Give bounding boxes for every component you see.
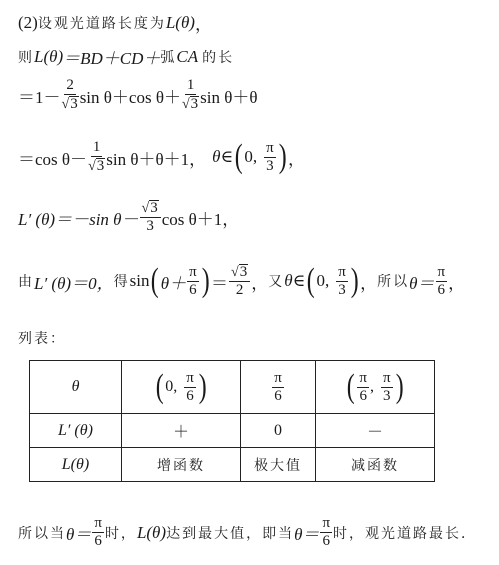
expr-b: sin θ＋cos θ＋ xyxy=(80,83,181,108)
numerator: π xyxy=(264,141,276,158)
derivative-zero: L′ (θ)＝0， xyxy=(34,269,114,294)
left-bracket: ( xyxy=(235,140,243,174)
trend-3: 减函数 xyxy=(316,448,435,482)
numerator: √3 xyxy=(140,200,161,218)
p1: 所以当 xyxy=(18,523,66,543)
p1: 由 xyxy=(18,271,34,291)
denominator: 2 xyxy=(236,282,244,298)
part-label: (2) xyxy=(18,13,38,33)
t2: 时，观光道路最长． xyxy=(333,523,477,543)
line-8: 所以当 θ＝ π6 时， L(θ) 达到最大值，即当 θ＝ π6 时，观光道路最… xyxy=(18,516,477,549)
eq2: θ＝ xyxy=(294,520,319,545)
expr-b: sin θ＋θ＋1， xyxy=(106,145,206,170)
expr-a: ＝1－ xyxy=(18,83,61,108)
numerator: π xyxy=(272,371,284,388)
punct: ， xyxy=(288,145,305,170)
numerator: √3 xyxy=(229,264,250,282)
denominator: 6 xyxy=(359,388,367,404)
expr-a: ＝cos θ－ xyxy=(18,145,87,170)
denominator: 3 xyxy=(383,388,391,404)
radicand: 3 xyxy=(69,96,79,112)
fraction-1-over-sqrt3: 1 √3 xyxy=(182,78,199,112)
theta-in: θ∈ xyxy=(212,147,233,167)
radicand: 3 xyxy=(149,200,159,216)
left-bracket: ( xyxy=(307,264,315,298)
p3: 又 xyxy=(268,271,284,291)
right-bracket: ) xyxy=(278,140,286,174)
numerator: 2 xyxy=(64,78,76,95)
denominator: 6 xyxy=(186,388,194,404)
numerator: 1 xyxy=(185,78,197,95)
interval-left: 0, xyxy=(165,378,177,396)
interval-left: 0, xyxy=(317,271,330,291)
fraction-pi-over-3: π 3 xyxy=(336,265,348,298)
sign-1: ＋ xyxy=(122,414,241,448)
fraction-pi-over-3: π 3 xyxy=(264,141,276,174)
denominator: 6 xyxy=(189,282,197,298)
result: θ＝ xyxy=(409,269,434,294)
numerator: π xyxy=(357,371,369,388)
header-derivative: L′ (θ) xyxy=(30,414,122,448)
trend-2: 极大值 xyxy=(241,448,316,482)
line-4: ＝cos θ－ 1 √3 sin θ＋θ＋1， θ∈ ( 0, π 3 ) ， xyxy=(18,140,305,174)
right-bracket: ) xyxy=(351,264,359,298)
line-6: 由 L′ (θ)＝0， 得 sin ( θ＋ π 6 ) ＝ √3 2 ， 又 … xyxy=(18,264,465,298)
sign-3: － xyxy=(316,414,435,448)
cell-critical: π6 xyxy=(241,361,316,414)
derivative-expr: L′ (θ)＝－sin θ－ xyxy=(18,205,139,230)
line1-text: 设观光道路长度为 xyxy=(38,13,166,33)
suffix: 的长 xyxy=(202,47,234,67)
trend-1: 增函数 xyxy=(122,448,241,482)
line-7: 列表： xyxy=(18,328,66,348)
expr-b: cos θ＋1， xyxy=(162,205,240,230)
fraction-2-over-sqrt3: 2 √3 xyxy=(62,78,79,112)
fraction-sqrt3-over-2: √3 2 xyxy=(229,264,250,298)
radicand: 3 xyxy=(239,264,249,280)
p2: 得 xyxy=(114,271,130,291)
eq1: θ＝ xyxy=(66,520,91,545)
denominator: 6 xyxy=(274,388,282,404)
table-row-theta: θ ( 0, π6 ) π6 ( π6, π3 ) xyxy=(30,361,435,414)
denominator: 6 xyxy=(94,533,102,549)
numerator: π xyxy=(336,265,348,282)
cell-interval-1: ( 0, π6 ) xyxy=(122,361,241,414)
arc-ca: CA xyxy=(176,47,198,67)
header-theta: θ xyxy=(30,361,122,414)
numerator: 1 xyxy=(91,140,103,157)
line-5: L′ (θ)＝－sin θ－ √3 3 cos θ＋1， xyxy=(18,200,239,234)
theta-in: θ∈ xyxy=(284,271,305,291)
denominator: 3 xyxy=(266,158,274,174)
punct: ， xyxy=(195,10,212,35)
fraction-pi-over-6: π 6 xyxy=(436,265,448,298)
t1: 时， xyxy=(105,523,137,543)
fraction-1-over-sqrt3: 1 √3 xyxy=(88,140,105,174)
left-paren: ( xyxy=(151,264,159,298)
func-L-theta: L(θ) xyxy=(34,47,63,67)
p2: 达到最大值，即当 xyxy=(166,523,294,543)
list-label: 列表： xyxy=(18,328,66,348)
sign-2: 0 xyxy=(241,414,316,448)
denominator: 6 xyxy=(438,282,446,298)
fraction-sqrt3-over-3: √3 3 xyxy=(140,200,161,234)
comma: ， xyxy=(448,269,465,294)
denominator: √3 xyxy=(62,95,79,112)
line-1: (2) 设观光道路长度为 L(θ) ， xyxy=(18,10,212,35)
comma: ， xyxy=(251,269,268,294)
numerator: π xyxy=(184,371,196,388)
line-2: 则 L(θ) ＝BD＋CD＋ 弧 CA 的长 xyxy=(18,44,234,69)
numerator: π xyxy=(436,265,448,282)
fraction-pi-over-6: π 6 xyxy=(187,265,199,298)
expr-c: sin θ＋θ xyxy=(200,83,257,108)
func-L-theta: L(θ) xyxy=(137,523,166,543)
numerator: π xyxy=(92,516,104,533)
line-3: ＝1－ 2 √3 sin θ＋cos θ＋ 1 √3 sin θ＋θ xyxy=(18,78,258,112)
numerator: π xyxy=(381,371,393,388)
numerator: π xyxy=(187,265,199,282)
func-L-theta: L(θ) xyxy=(166,13,195,33)
cell-interval-2: ( π6, π3 ) xyxy=(316,361,435,414)
radicand: 3 xyxy=(96,158,106,174)
arg: θ＋ xyxy=(161,269,186,294)
denominator: √3 xyxy=(88,157,105,174)
p4: 所以 xyxy=(377,271,409,291)
denominator: √3 xyxy=(182,95,199,112)
radicand: 3 xyxy=(190,96,200,112)
right-paren: ) xyxy=(201,264,209,298)
header-function: L(θ) xyxy=(30,448,122,482)
denominator: 6 xyxy=(322,533,330,549)
table-row-function: L(θ) 增函数 极大值 减函数 xyxy=(30,448,435,482)
sum-expression: ＝BD＋CD＋ xyxy=(63,44,160,69)
comma: ， xyxy=(360,269,377,294)
interval-left: 0, xyxy=(244,147,257,167)
eq: ＝ xyxy=(211,269,228,294)
denominator: 3 xyxy=(146,218,154,234)
arc-text: 弧 xyxy=(160,47,176,67)
denominator: 3 xyxy=(338,282,346,298)
monotonicity-table: θ ( 0, π6 ) π6 ( π6, π3 ) L′ (θ) ＋ 0 － L xyxy=(29,360,435,482)
table-row-derivative: L′ (θ) ＋ 0 － xyxy=(30,414,435,448)
prefix: 则 xyxy=(18,47,34,67)
sin: sin xyxy=(130,271,150,291)
numerator: π xyxy=(320,516,332,533)
